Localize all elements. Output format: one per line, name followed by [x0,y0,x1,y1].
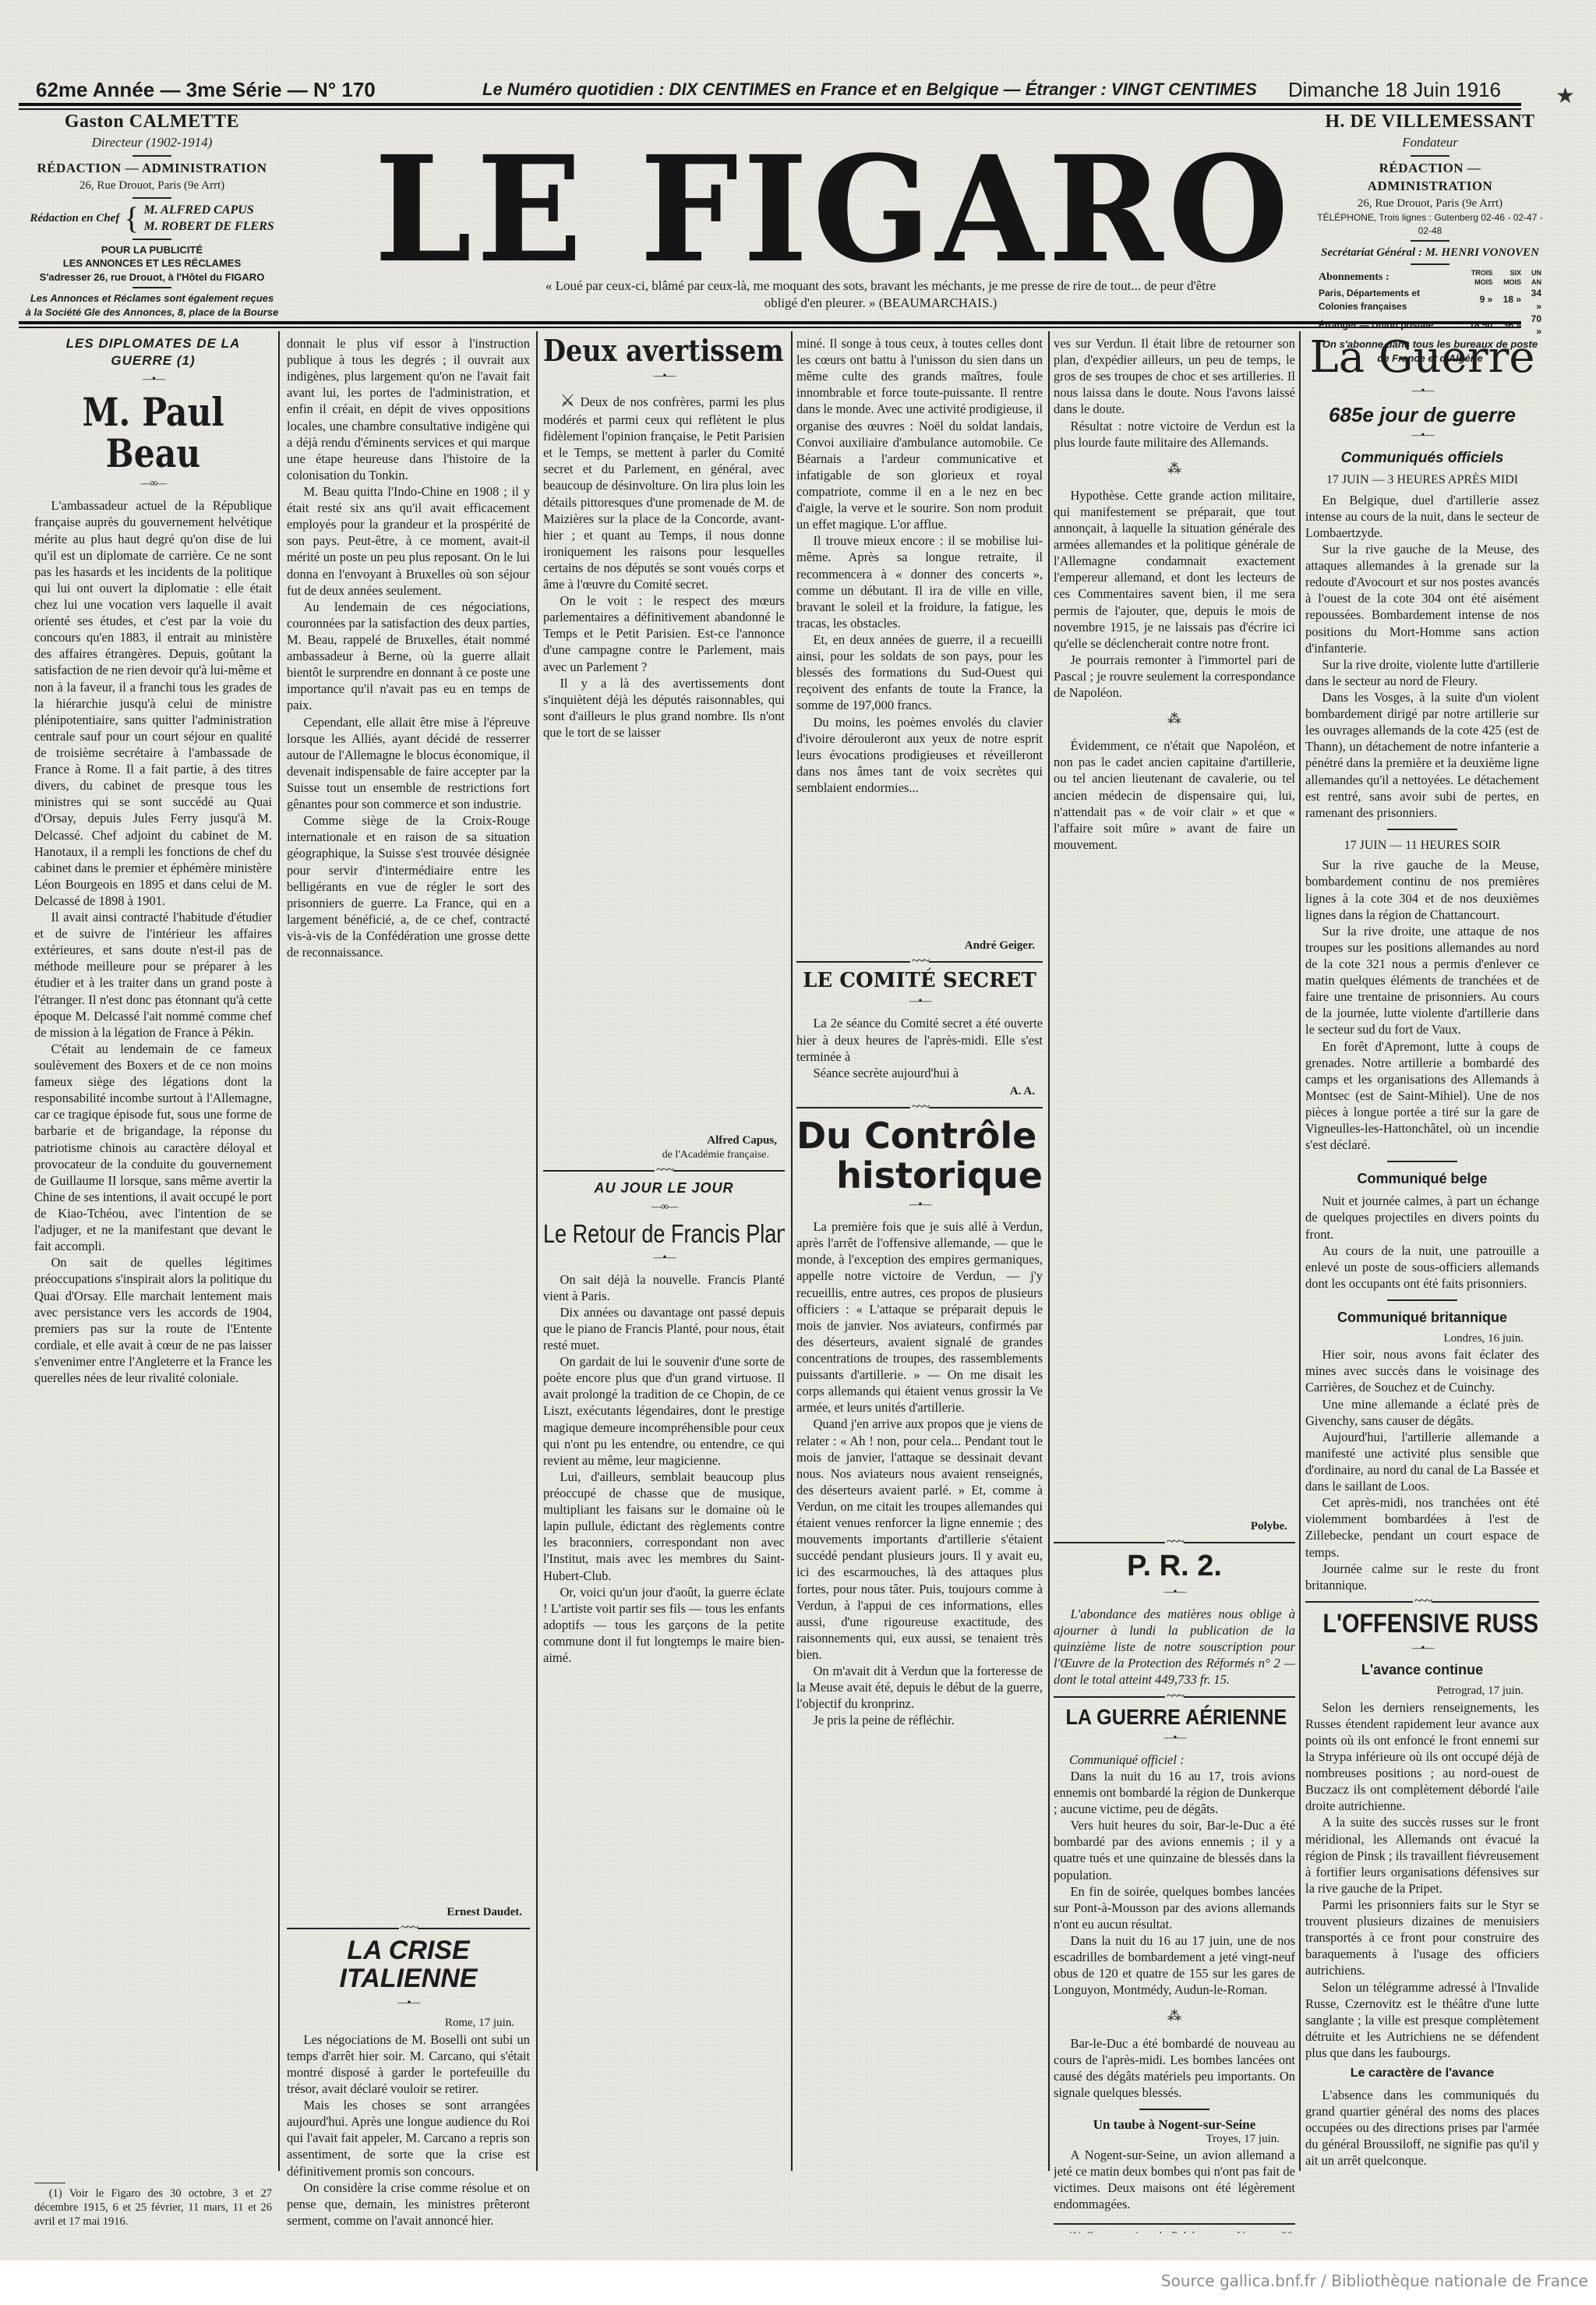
divider [1411,263,1449,265]
article-deux-avertissements: Deux avertissements —•— ⚔ Deux de nos co… [543,335,785,1154]
editors-block: Rédaction en Chef { M. ALFRED CAPUS M. R… [23,202,281,235]
paragraph: Hier soir, nous avons fait éclater des m… [1305,1346,1539,1395]
director-role: Directeur (1902-1914) [23,134,281,152]
divider [1139,2109,1209,2110]
wave-divider [287,1928,530,1929]
paragraph: On gardait de lui le souvenir d'une sort… [543,1353,785,1469]
paragraph: Au lendemain de ces négociations, couron… [287,599,530,714]
publicity-1: POUR LA PUBLICITÉ [23,243,281,257]
source-credit: Source gallica.bnf.fr / Bibliothèque nat… [0,2261,1596,2305]
article-francis-plante-cont: miné. Il songe à tous ceux, à toutes cel… [796,335,1043,928]
paragraph: Je pourrais remonter à l'immortel pari d… [1054,652,1295,701]
column-rule [278,331,280,2171]
paragraph: On le voit : le respect des mœurs parlem… [543,592,785,675]
paragraph: Du moins, les poèmes envolés du clavier … [796,714,1043,797]
paragraph: Évidemment, ce n'était que Napoléon, et … [1054,737,1295,853]
paragraph: Or, voici qu'un jour d'août, la guerre é… [543,1584,785,1667]
paragraph: La 2e séance du Comité secret a été ouve… [796,1015,1043,1064]
paragraph: L'ambassadeur actuel de la République fr… [34,497,272,909]
paragraph: Mais les choses se sont arrangées aujour… [287,2097,530,2179]
publicity-3: S'adresser 26, rue Drouot, à l'Hôtel du … [23,270,281,285]
paragraph: M. Beau quitta l'Indo-Chine en 1908 ; il… [287,483,530,599]
article-paul-beau-cont: donnait le plus vif essor à l'instructio… [287,335,530,1941]
paragraph: Vers huit heures du soir, Bar-le-Duc a é… [1054,1817,1295,1883]
paragraph: Séance secrète aujourd'hui à [796,1065,1043,1081]
paragraph: Cet après-midi, nos tranchées ont été vi… [1305,1494,1539,1560]
dateline: Londres, 16 juin. [1305,1331,1524,1346]
ornament-icon: —∞— [543,1200,785,1214]
paragraph: Sur la rive gauche de la Meuse, des atta… [1305,541,1539,656]
abo-value: 34 » [1523,287,1543,312]
wave-divider [796,1107,1043,1108]
paragraph: La première fois que je suis allé à Verd… [796,1218,1043,1416]
abo-value: 70 » [1523,313,1543,338]
redaction-label: RÉDACTION — ADMINISTRATION [23,160,281,178]
time-header: 17 JUIN — 3 HEURES APRÈS MIDI [1305,472,1539,488]
headline-controle: Du Contrôle historique [796,1116,1043,1195]
publicity-2: LES ANNONCES ET LES RÉCLAMES [23,256,281,270]
ornament-icon: —•— [287,1996,530,2010]
founder-name: H. DE VILLEMESSANT [1317,109,1543,134]
asterism-icon: ⁂ [1054,460,1295,478]
column-rule [536,331,538,2171]
star-icon: ★ [1555,83,1575,109]
footnote: (1) Voir le Figaro des 30 octobre, 3 et … [34,2183,272,2229]
paragraph: Nuit et journée calmes, à part un échang… [1305,1193,1539,1242]
divider [1411,240,1449,242]
paragraph: En forêt d'Apremont, lutte à coups de gr… [1305,1038,1539,1154]
issue-date: Dimanche 18 Juin 1916 [1288,78,1501,102]
top-line: 62me Année — 3me Série — N° 170 Le Numér… [36,78,1517,106]
ornament-icon: —•— [1054,1586,1295,1600]
divider [1387,1299,1457,1301]
divider [132,239,171,240]
annonces-2: à la Société Gle des Annonces, 8, place … [23,306,281,320]
paragraph: Quand j'en arrive aux propos que je vien… [796,1416,1043,1663]
secretariat: Secrétariat Général : M. HENRI VONOVEN [1317,245,1543,260]
headline: LE COMITÉ SECRET [796,970,1043,992]
ornament-icon: —•— [34,373,272,387]
dateline: Troyes, 17 juin. [1054,2132,1280,2147]
article-crise-italienne: Ernest Daudet. LA CRISE ITALIENNE —•— Ro… [287,1902,530,2229]
paragraph: Parmi les prisonniers faits sur le Styr … [1305,1897,1539,1979]
paragraph: ⚔ Deux de nos confrères, parmi les plus … [543,390,785,592]
paragraph: Il y a là des avertissements dont s'inqu… [543,675,785,741]
article-paul-beau: LES DIPLOMATES DE LA GUERRE (1) —•— M. P… [34,335,272,2190]
paragraph-text: Deux de nos confrères, parmi les plus mo… [543,394,785,592]
headline: LA CRISE ITALIENNE [287,1937,530,1992]
article-la-guerre: La Guerre —•— 685e jour de guerre —•— Co… [1305,335,1539,2229]
dateline: Petrograd, 17 juin. [1305,1684,1524,1699]
article-controle-cont: ves sur Verdun. Il était libre de retour… [1054,335,1295,1504]
paragraph: Les négociations de M. Boselli ont subi … [287,2031,530,2097]
paragraph: On m'avait dit à Verdun que la forteress… [796,1663,1043,1712]
column-rule [1299,331,1301,2171]
wave-divider [1305,1601,1539,1603]
paragraph: Selon les derniers renseignements, les R… [1305,1699,1539,1815]
time-header: 17 JUIN — 11 HEURES SOIR [1305,838,1539,854]
director-name: Gaston CALMETTE [23,109,281,134]
paragraph: En Belgique, duel d'artillerie assez int… [1305,492,1539,541]
telephone: TÉLÉPHONE, Trois lignes : Gutenberg 02-4… [1317,211,1543,236]
paragraph: Il avait ainsi contracté l'habitude d'ét… [34,909,272,1041]
paragraph: Dans les Vosges, à la suite d'un violent… [1305,689,1539,821]
paragraph: Je pris la peine de réfléchir. [796,1712,1043,1728]
wave-divider [796,961,1043,963]
paragraph: donnait le plus vif essor à l'instructio… [287,335,530,483]
headline: Le Retour de Francis Planté [543,1221,741,1248]
paragraph: Hypothèse. Cette grande action militaire… [1054,487,1295,652]
wave-divider [1054,1542,1295,1543]
asterism-icon: ⁂ [1054,710,1295,728]
subheading: Communiqué officiel : [1069,1752,1295,1768]
divider [1387,829,1457,830]
paragraph: Résultat : notre victoire de Verdun est … [1054,418,1295,451]
ornament-icon: —•— [1054,1731,1295,1745]
wave-divider [543,1170,785,1172]
signature: Alfred Capus, [543,1133,777,1148]
war-day: 685e jour de guerre [1305,405,1539,426]
headline: M. Paul Beau [52,392,254,474]
article-comite-secret: André Geiger. LE COMITÉ SECRET —•— La 2e… [796,935,1043,2229]
paragraph: Sur la rive gauche de la Meuse, bombarde… [1305,857,1539,922]
ornament-icon: —•— [796,995,1043,1009]
ornament-icon: —•— [1305,384,1539,398]
divider [132,197,171,199]
abo-col: TROIS MOIS [1458,268,1494,287]
paragraph: En fin de soirée, quelques bombes lancée… [1054,1883,1295,1932]
paragraph: A Nogent-sur-Seine, un avion allemand a … [1054,2147,1295,2212]
paragraph: On considère la crise comme résolue et o… [287,2179,530,2229]
paragraph: miné. Il songe à tous ceux, à toutes cel… [796,335,1043,532]
price-line: Le Numéro quotidien : DIX CENTIMES en Fr… [482,80,1257,100]
headline-line-1: Du Contrôle [796,1116,1043,1156]
ornament-icon: —•— [1305,1642,1539,1656]
paragraph: Sur la rive droite, violente lutte d'art… [1305,656,1539,689]
column-rule [791,331,793,2171]
abo-label: Abonnements : [1317,268,1458,287]
kicker: LES DIPLOMATES DE LA GUERRE (1) [34,335,272,369]
editors-label: Rédaction en Chef [30,210,119,226]
editor-1: M. ALFRED CAPUS [144,202,274,219]
brace-icon: { [124,203,139,234]
abo-col: SIX MOIS [1494,268,1523,287]
paragraph: Journée calme sur le reste du front brit… [1305,1561,1539,1593]
paragraph: Aujourd'hui, l'artillerie allemande a ma… [1305,1429,1539,1494]
paragraph: Une mine allemande a éclaté près de Give… [1305,1396,1539,1429]
masthead-rule [19,321,1521,328]
divider [1411,155,1449,157]
paragraph: Dans la nuit du 16 au 17 juin, une de no… [1054,1932,1295,1998]
footnote: (1) Commentaires de Polybe, tome V, page… [1054,2229,1295,2233]
ornament-icon: —•— [543,1251,785,1265]
wave-divider [1054,1696,1295,1698]
masthead-left: Gaston CALMETTE Directeur (1902-1914) RÉ… [23,109,281,319]
paragraph: Et, en deux années de guerre, il a recue… [796,631,1043,714]
asterism-icon: ⁂ [1054,2007,1295,2025]
subheading: L'avance continue [1305,1661,1539,1679]
article-pr2-aerienne: Polybe. P. R. 2. —•— L'abondance des mat… [1054,1516,1295,2233]
motto: « Loué par ceux-ci, blâmé par ceux-là, m… [538,278,1223,312]
divider [1387,1161,1457,1162]
editor-2: M. ROBERT DE FLERS [144,218,274,235]
subheading: Communiqués officiels [1305,449,1539,468]
redaction-label: RÉDACTION — ADMINISTRATION [1317,160,1543,196]
issue-number: 62me Année — 3me Série — N° 170 [36,78,376,102]
abo-row-label: Paris, Départements et Colonies français… [1317,287,1458,312]
footnote-text: (1) Voir le Figaro des 30 octobre, 3 et … [34,2187,272,2229]
paragraph: Au cours de la nuit, une patrouille a en… [1305,1243,1539,1292]
ornament-icon: —•— [796,1198,1043,1212]
paragraph: On sait déjà la nouvelle. Francis Planté… [543,1271,785,1304]
paragraph: C'était au lendemain de ce fameux soulèv… [34,1041,272,1254]
headline: LA GUERRE AÉRIENNE [1066,1706,1284,1728]
address: 26, Rue Drouot, Paris (9e Arrt) [23,178,281,193]
ornament-icon: —∞— [34,477,272,491]
newspaper-page: 62me Année — 3me Série — N° 170 Le Numér… [0,0,1596,2261]
headline: L'OFFENSIVE RUSSE [1323,1610,1522,1639]
address: 26, Rue Drouot, Paris (9e Arrt) [1317,196,1543,211]
subheading: Communiqué belge [1305,1170,1539,1188]
divider [132,155,171,157]
headline-line-2: historique [796,1156,1043,1196]
paragraph: Bar-le-Duc a été bombardé de nouveau au … [1054,2035,1295,2101]
paragraph: On sait de quelles légitimes préoccupati… [34,1254,272,1386]
paragraph: Dix années ou davantage ont passé depuis… [543,1304,785,1353]
column-rule [1048,331,1050,2171]
divider [132,287,171,288]
paragraph: A la suite des succès russes sur le fron… [1305,1814,1539,1897]
subheading: Un taube à Nogent-sur-Seine [1054,2118,1295,2132]
paragraph: L'abondance des matières nous oblige à a… [1054,1606,1295,1688]
subheading: Communiqué britannique [1305,1309,1539,1327]
article-francis-plante: Alfred Capus, de l'Académie française. A… [543,1130,785,2222]
headline: P. R. 2. [1054,1551,1295,1582]
paragraph: L'absence dans les communiqués du grand … [1305,2087,1539,2169]
headline: La Guerre [1305,335,1539,381]
headline: Deux avertissements [543,335,756,366]
paragraph: Comme siège de la Croix-Rouge internatio… [287,812,530,960]
abo-value: 9 » [1458,287,1494,312]
newspaper-title: LE FIGARO [366,137,1301,283]
paragraph: Sur la rive droite, une attaque de nos t… [1305,923,1539,1038]
paragraph: Il trouve mieux encore : il se mobilise … [796,532,1043,631]
subheading: Le caractère de l'avance [1305,2066,1539,2081]
ornament-icon: —•— [1305,429,1539,443]
abo-col: UN AN [1523,268,1543,287]
paragraph: Cependant, elle allait être mise à l'épr… [287,714,530,813]
paragraph: Dans la nuit du 16 au 17, trois avions e… [1054,1768,1295,1817]
founder-role: Fondateur [1317,134,1543,152]
paragraph: Selon un télégramme adressé à l'Invalide… [1305,1979,1539,2062]
abo-value: 18 » [1494,287,1523,312]
ornament-icon: —•— [543,369,785,384]
dateline: Rome, 17 juin. [287,2016,514,2031]
crossed-swords-icon: ⚔ [560,391,575,410]
kicker: AU JOUR LE JOUR [543,1179,785,1197]
paragraph: ves sur Verdun. Il était libre de retour… [1054,335,1295,418]
paragraph: Lui, d'ailleurs, semblait beaucoup plus … [543,1469,785,1584]
annonces-1: Les Annonces et Réclames sont également … [23,292,281,306]
